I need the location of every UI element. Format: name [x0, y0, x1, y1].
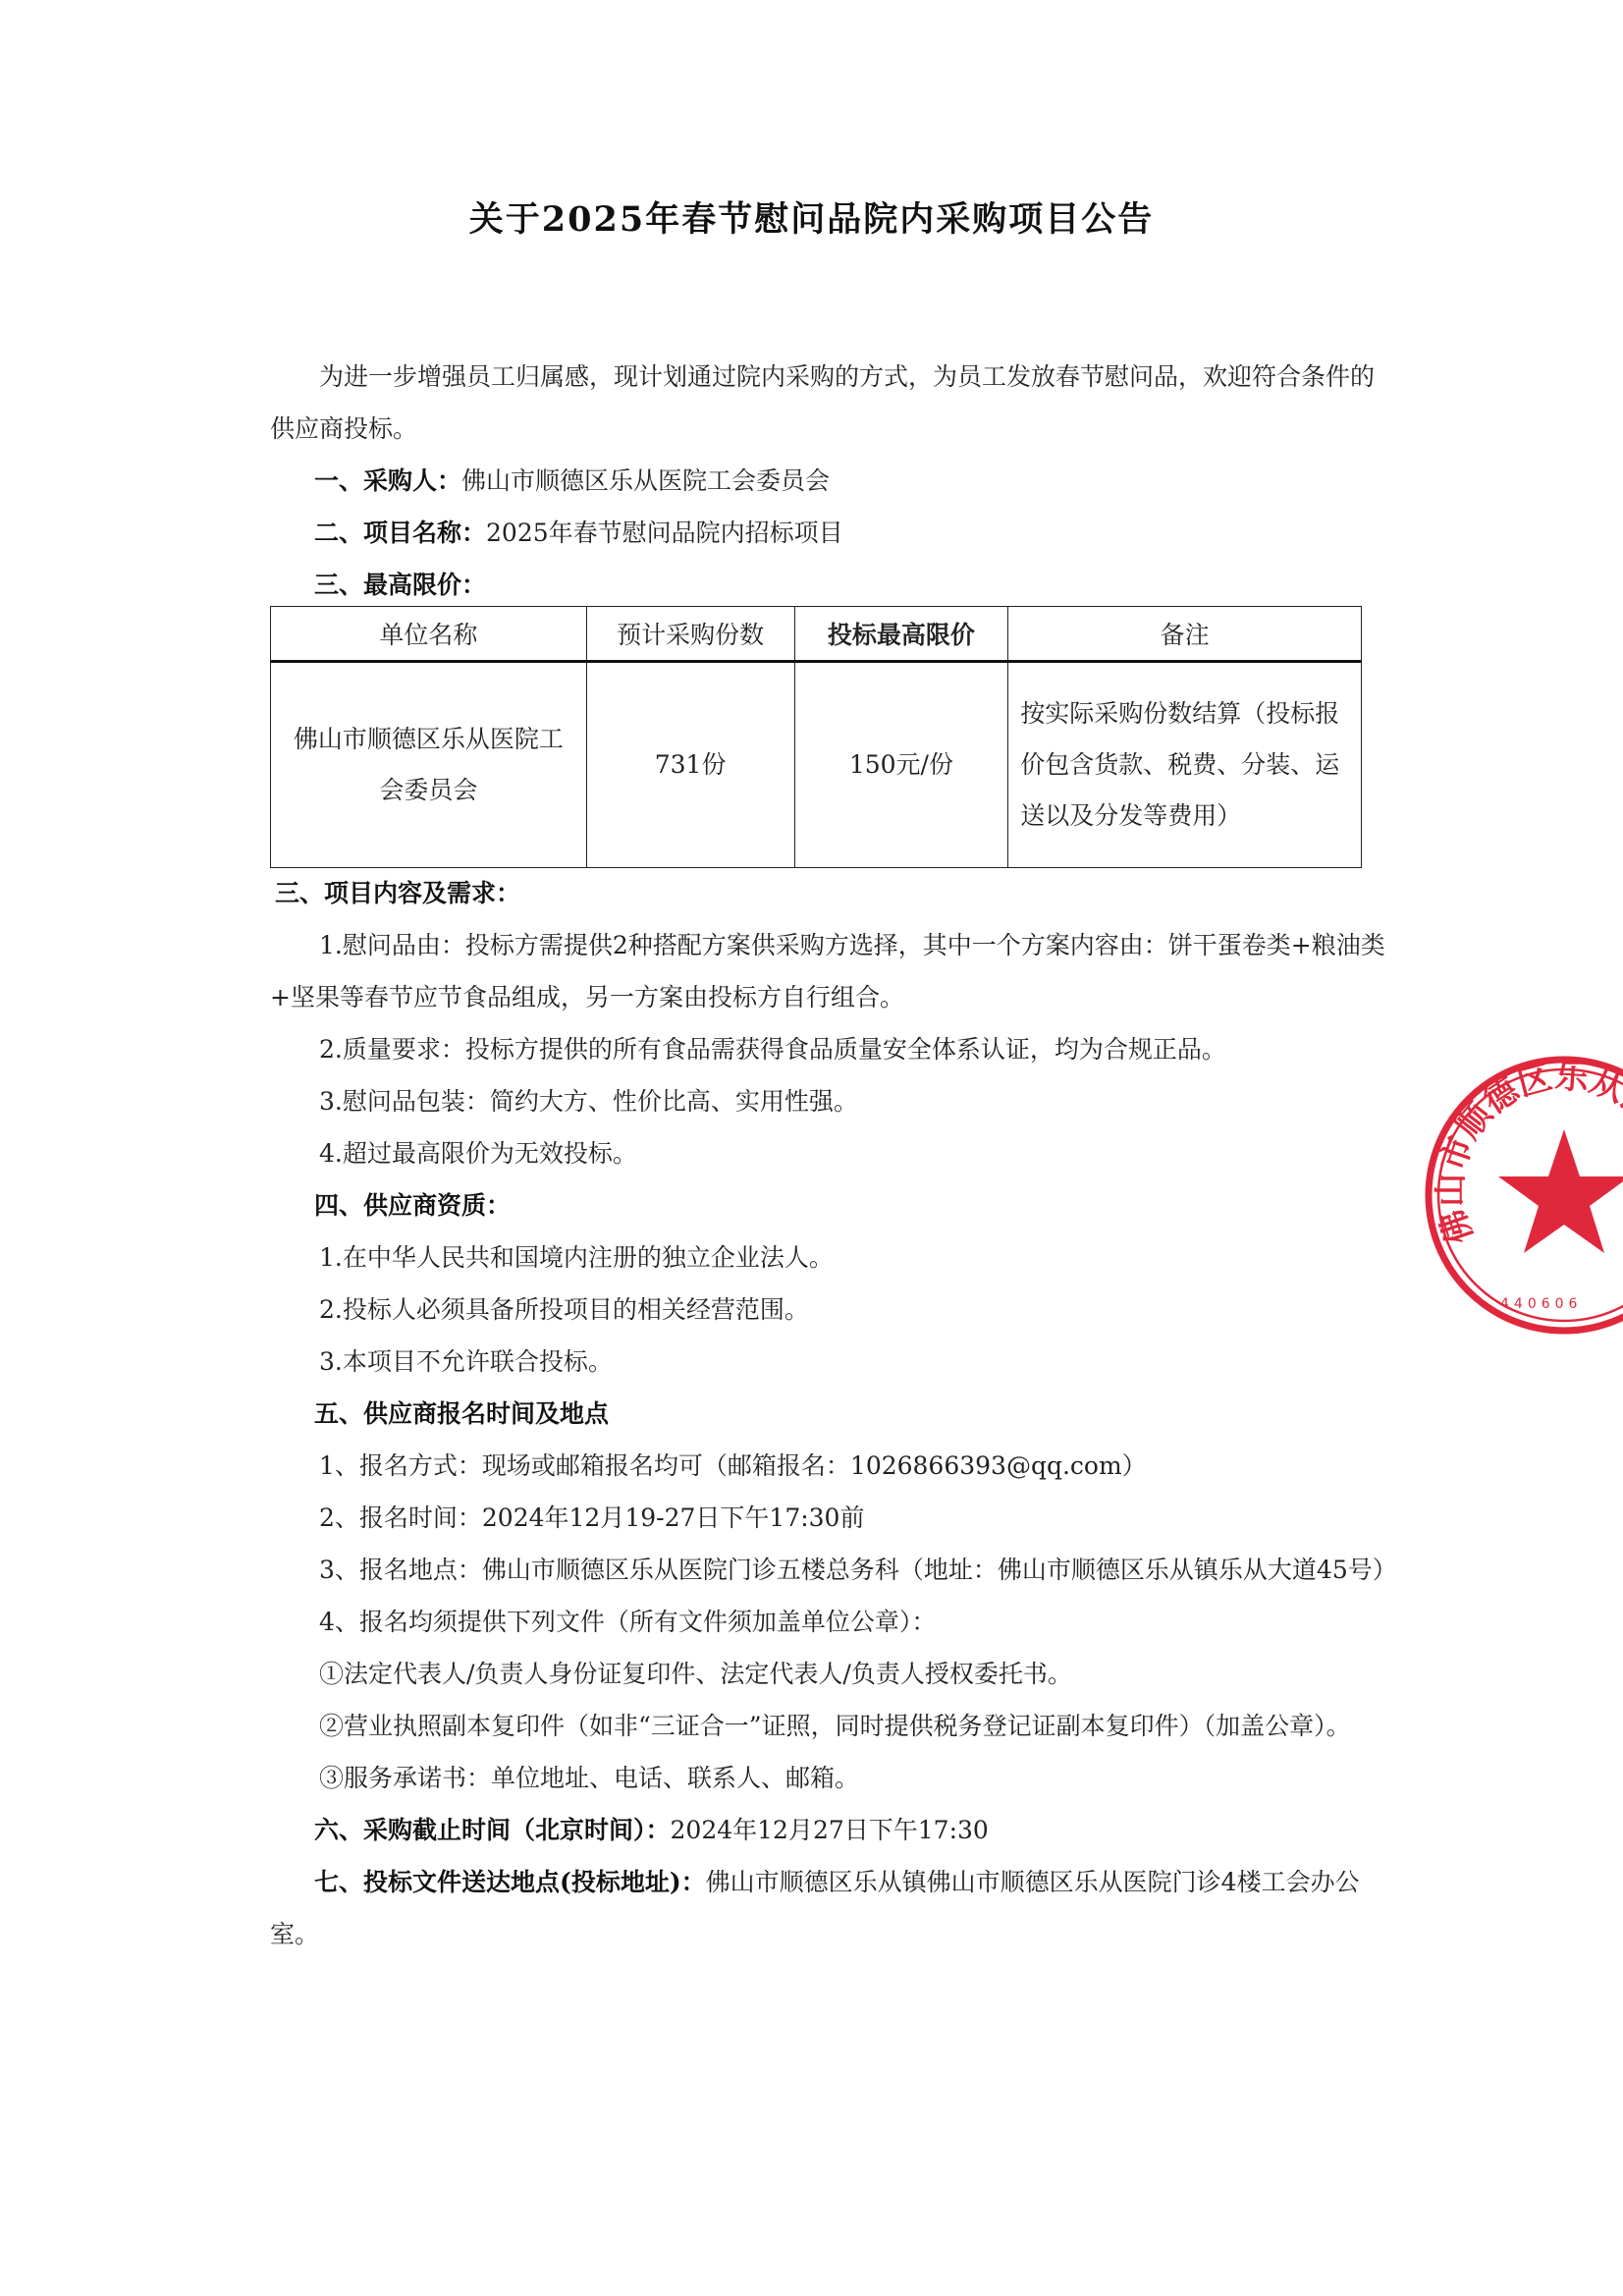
project-name-label: 二、项目名称：: [314, 519, 486, 547]
header-remark: 备注: [1008, 607, 1362, 662]
section-max-price: 三、最高限价：: [270, 559, 1389, 611]
table-header-row: 单位名称 预计采购份数 投标最高限价 备注: [271, 607, 1362, 662]
registration-doc-item: ②营业执照副本复印件（如非“三证合一”证照，同时提供税务登记证副本复印件）（加盖…: [270, 1700, 1389, 1752]
requirements-heading: 三、项目内容及需求：: [270, 867, 1389, 919]
qualification-item: 2.投标人必须具备所投项目的相关经营范围。: [270, 1284, 1389, 1336]
section-project-name: 二、项目名称：2025年春节慰问品院内招标项目: [270, 507, 1389, 559]
requirement-item: 4.超过最高限价为无效投标。: [270, 1127, 1389, 1179]
document-title: 关于2025年春节慰问品院内采购项目公告: [0, 192, 1623, 242]
requirement-item: 2.质量要求：投标方提供的所有食品需获得食品质量安全体系认证，均为合规正品。: [270, 1023, 1389, 1075]
header-quantity: 预计采购份数: [586, 607, 794, 662]
registration-doc-item: ①法定代表人/负责人身份证复印件、法定代表人/负责人授权委托书。: [270, 1648, 1389, 1700]
intro-block: 为进一步增强员工归属感，现计划通过院内采购的方式，为员工发放春节慰问品，欢迎符合…: [270, 351, 1389, 611]
qualification-heading: 四、供应商资质：: [270, 1179, 1389, 1231]
section-purchaser: 一、采购人：佛山市顺德区乐从医院工会委员会: [270, 455, 1389, 507]
requirements-block: 三、项目内容及需求： 1.慰问品由：投标方需提供2种搭配方案供采购方选择，其中一…: [270, 867, 1389, 1960]
registration-item: 1、报名方式：现场或邮箱报名均可（邮箱报名：1026866393@qq.com）: [270, 1440, 1389, 1492]
registration-doc-item: ③服务承诺书：单位地址、电话、联系人、邮箱。: [270, 1752, 1389, 1804]
section-delivery-address: 七、投标文件送达地点(投标地址)：佛山市顺德区乐从镇佛山市顺德区乐从医院门诊4楼…: [270, 1856, 1389, 1960]
requirement-item: 3.慰问品包装：简约大方、性价比高、实用性强。: [270, 1075, 1389, 1127]
deadline-label: 六、采购截止时间（北京时间）：: [314, 1816, 671, 1844]
registration-item: 2、报名时间：2024年12月19-27日下午17:30前: [270, 1492, 1389, 1544]
registration-item: 3、报名地点：佛山市顺德区乐从医院门诊五楼总务科（地址：佛山市顺德区乐从镇乐从大…: [270, 1544, 1389, 1596]
delivery-address-label: 七、投标文件送达地点(投标地址)：: [314, 1868, 706, 1896]
table-row: 佛山市顺德区乐从医院工会委员会 731份 150元/份 按实际采购份数结算（投标…: [271, 662, 1362, 868]
price-limit-table: 单位名称 预计采购份数 投标最高限价 备注 佛山市顺德区乐从医院工会委员会 73…: [270, 606, 1362, 868]
purchaser-label: 一、采购人：: [314, 466, 461, 495]
cell-quantity: 731份: [586, 662, 794, 868]
intro-paragraph: 为进一步增强员工归属感，现计划通过院内采购的方式，为员工发放春节慰问品，欢迎符合…: [270, 351, 1389, 455]
header-max-price: 投标最高限价: [794, 607, 1008, 662]
registration-heading: 五、供应商报名时间及地点: [270, 1388, 1389, 1440]
registration-item: 4、报名均须提供下列文件（所有文件须加盖单位公章）：: [270, 1596, 1389, 1648]
cell-max-price: 150元/份: [794, 662, 1008, 868]
purchaser-value: 佛山市顺德区乐从医院工会委员会: [461, 466, 830, 495]
project-name-value: 2025年春节慰问品院内招标项目: [486, 519, 843, 547]
document-page: 关于2025年春节慰问品院内采购项目公告 为进一步增强员工归属感，现计划通过院内…: [0, 0, 1623, 2296]
cell-unit-name: 佛山市顺德区乐从医院工会委员会: [271, 662, 587, 868]
deadline-value: 2024年12月27日下午17:30: [671, 1816, 989, 1844]
max-price-label: 三、最高限价：: [314, 571, 486, 599]
header-unit-name: 单位名称: [271, 607, 587, 662]
section-deadline: 六、采购截止时间（北京时间）：2024年12月27日下午17:30: [270, 1804, 1389, 1856]
qualification-item: 3.本项目不允许联合投标。: [270, 1336, 1389, 1388]
official-seal-icon: 佛山市顺德区乐从医院工会委员会 440606: [1422, 1053, 1623, 1338]
svg-text:440606: 440606: [1500, 1296, 1582, 1312]
requirement-item: 1.慰问品由：投标方需提供2种搭配方案供采购方选择，其中一个方案内容由：饼干蛋卷…: [270, 919, 1389, 1023]
qualification-item: 1.在中华人民共和国境内注册的独立企业法人。: [270, 1231, 1389, 1284]
cell-remark: 按实际采购份数结算（投标报价包含货款、税费、分装、运送以及分发等费用）: [1008, 662, 1362, 868]
